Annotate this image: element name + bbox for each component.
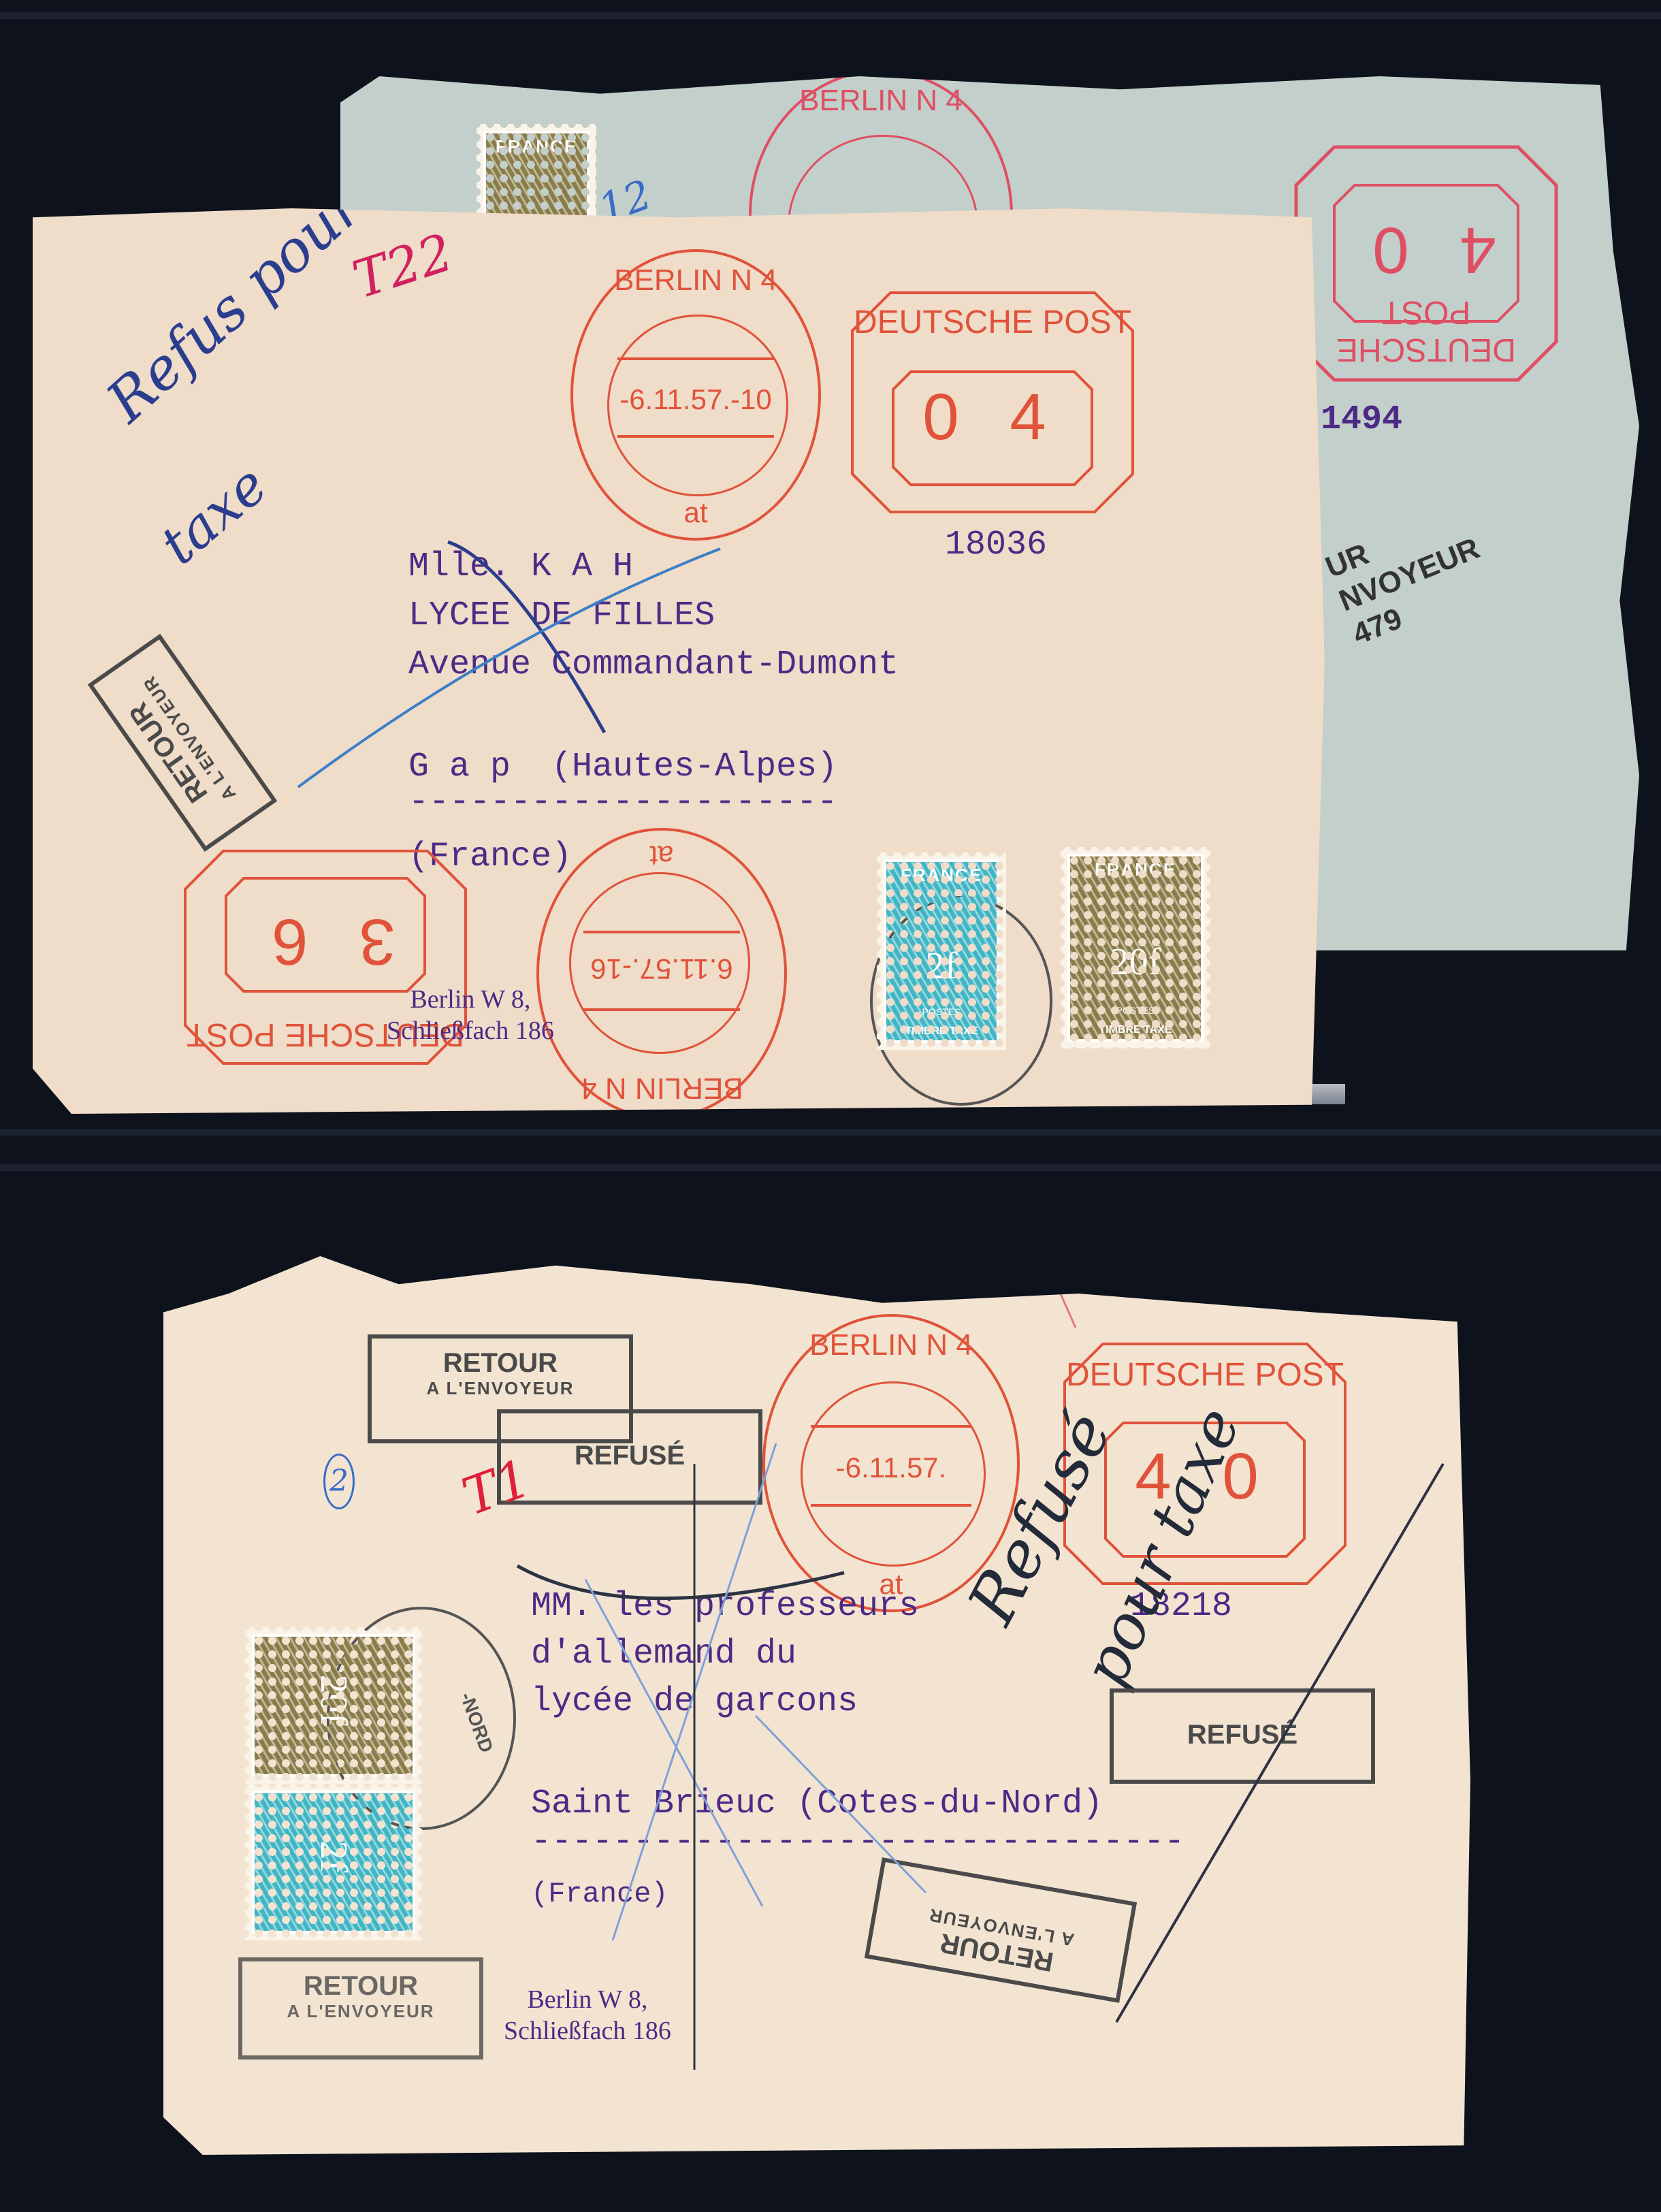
postage-due-stamp-20f: FRANCE 20f POSTES TIMBRE TAXE	[1061, 847, 1210, 1048]
return-to-sender-stamp: RETOUR A L'ENVOYEUR	[88, 634, 278, 852]
sender-address: Berlin W 8, Schließfach 186	[387, 984, 554, 1046]
stamp-line: A L'ENVOYEUR	[242, 2001, 479, 2022]
album-strip	[0, 1164, 1661, 1171]
note-line: Refus pour	[94, 173, 374, 435]
sender-line: Berlin W 8,	[504, 1985, 671, 2016]
sender-line: Berlin W 8,	[387, 984, 554, 1016]
stamp-country: FRANCE	[408, 1661, 415, 1742]
refused-stamp: REFUSÉ	[1110, 1688, 1375, 1784]
return-to-sender-stamp: RETOUR A L'ENVOYEUR	[238, 1957, 483, 2059]
sender-line: Schließfach 186	[387, 1016, 554, 1047]
meter-date: 6.11.57.-16	[539, 952, 784, 985]
stamp-country: FRANCE	[486, 136, 587, 157]
meter-bar	[583, 931, 740, 933]
meter-header: DEUTSCHE POST	[1062, 1356, 1348, 1394]
album-strip	[0, 12, 1661, 19]
stamp-line: A L'ENVOYEUR	[372, 1378, 629, 1399]
stamp-denomination: 20f	[1070, 940, 1201, 984]
meter-circle-top: BERLIN N 4 -6.11.57.-10 at	[570, 249, 821, 541]
sender-address: Berlin W 8, Schließfach 186	[504, 1985, 671, 2047]
stamp-type: TIMBRE TAXE	[1070, 1024, 1201, 1036]
reference-number: 1494	[1321, 403, 1402, 437]
return-stamp-oval: UR NVOYEUR 479	[1321, 497, 1498, 652]
envelope-middle[interactable]: BERLIN N 4 -6.11.57.-10 at DEUTSCHE POST…	[33, 208, 1325, 1114]
recipient-address: Mlle. K A H LYCEE DE FILLES Avenue Comma…	[408, 550, 899, 874]
refused-stamp: REFUSÉ	[497, 1409, 762, 1505]
meter-city: BERLIN N 4	[539, 1071, 784, 1105]
postmark-text: -NORD	[455, 1689, 497, 1755]
meter-bar	[811, 1425, 972, 1428]
meter-bar	[811, 1504, 972, 1507]
handwritten-note: Refus pour	[94, 173, 374, 435]
meter-city: BERLIN N 4	[573, 263, 818, 298]
address-separator: --------------------------------	[531, 1825, 1184, 1880]
postage-due-stamp-2f: FRANCE 2f TIMBRE TAXE	[245, 1784, 422, 1940]
stamp-denomination: 2f	[886, 944, 997, 988]
stamp-country: FRANCE	[1070, 859, 1201, 880]
address-line: lycée de garcons	[531, 1685, 1184, 1787]
meter-city: BERLIN N 4	[752, 84, 1010, 118]
stamp-line: RETOUR	[242, 1971, 479, 2001]
address-line: Saint Brieuc (Cotes-du-Nord)	[531, 1787, 1184, 1825]
address-line: Avenue Commandant-Dumont	[408, 648, 899, 750]
stamp-label: POSTES	[1070, 1005, 1201, 1016]
stamp-label: POSTES	[886, 1006, 997, 1017]
stamp-denomination: 2f	[312, 1791, 355, 1934]
meter-circle-bottom: BERLIN N 4 6.11.57.-16 at	[536, 828, 787, 1119]
meter-value-top: DEUTSCHE POST 0 4	[850, 290, 1135, 515]
meter-header: DEUTSCHE POST	[850, 304, 1135, 341]
stamp-country: FRANCE	[408, 1817, 415, 1899]
postage-due-stamp-20f: FRANCE 20f TIMBRE TAXE	[245, 1627, 422, 1784]
handwritten-note: taxe	[148, 453, 279, 577]
stamp-line: REFUSÉ	[501, 1441, 758, 1471]
stamp-country: FRANCE	[886, 865, 997, 886]
postage-due-stamp-2f: FRANCE 2f POSTES TIMBRE TAXE	[877, 852, 1006, 1050]
meter-amount: 0 4	[850, 380, 1135, 455]
meter-amount: 4 0	[1293, 212, 1559, 287]
red-annotation: T22	[346, 221, 460, 310]
meter-city: BERLIN N 4	[765, 1328, 1017, 1362]
album-strip	[0, 1129, 1661, 1136]
meter-code: at	[573, 496, 818, 529]
envelope-bottom[interactable]: RETOUR A L'ENVOYEUR REFUSÉ 2 T1 BERLIN N…	[163, 1219, 1470, 2155]
address-line: G a p (Hautes-Alpes)	[408, 750, 899, 786]
meter-value: DEUTSCHE POST 4 0	[1293, 144, 1559, 383]
meter-bar	[583, 1008, 740, 1011]
circled-note: 2	[323, 1454, 355, 1509]
reference-number: 18036	[945, 528, 1047, 562]
meter-date: -6.11.57.	[765, 1452, 1017, 1484]
meter-code: at	[539, 839, 784, 872]
stamp-line: RETOUR	[372, 1348, 629, 1378]
meter-header: DEUTSCHE POST	[1293, 293, 1559, 368]
meter-bar	[617, 357, 774, 360]
meter-amount: 3 6	[182, 904, 468, 979]
address-line: LYCEE DE FILLES	[408, 599, 899, 648]
stamp-denomination: 20f	[312, 1634, 355, 1777]
meter-bar	[617, 435, 774, 438]
stamp-type: TIMBRE TAXE	[886, 1025, 997, 1038]
stamp-line: REFUSÉ	[1114, 1720, 1371, 1750]
address-line: Mlle. K A H	[408, 550, 899, 599]
meter-date: -6.11.57.-10	[573, 383, 818, 416]
sender-line: Schließfach 186	[504, 2016, 671, 2047]
